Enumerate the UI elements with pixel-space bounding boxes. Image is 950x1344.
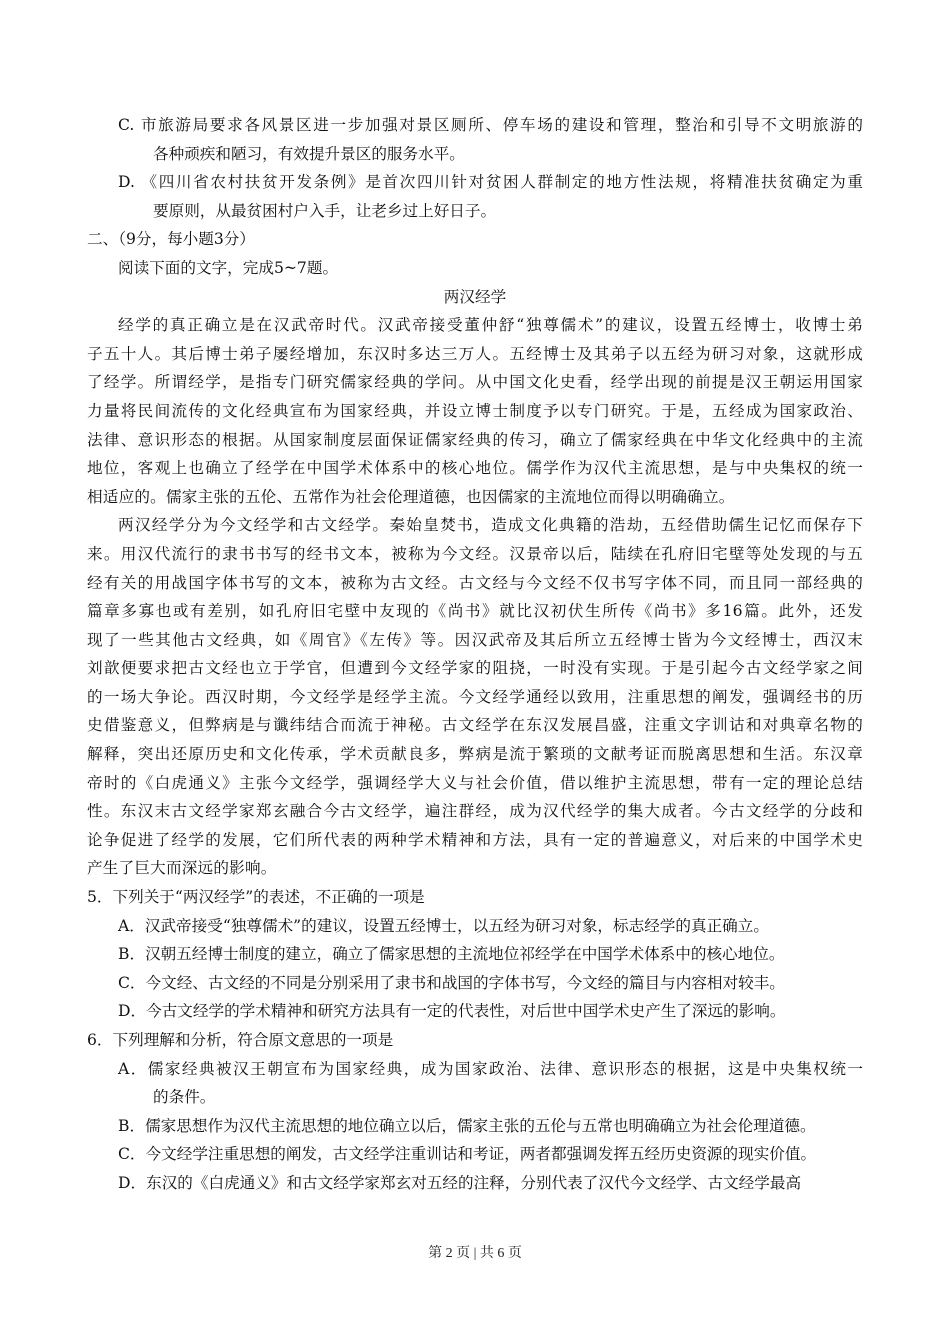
option-a: A．儒家经典被汉王朝宣布为国家经典，成为国家政治、法律、意识形态的根据，这是中央… <box>87 1055 863 1084</box>
option-a: A．汉武帝接受“独尊儒术”的建议，设置五经博士，以五经为研习对象，标志经学的真正… <box>87 912 863 941</box>
section-instruction: 阅读下面的文字，完成5~7题。 <box>87 254 863 283</box>
option-c: C．今文经、古文经的不同是分别采用了隶书和战国的字体书写，今文经的篇目与内容相对… <box>87 969 863 998</box>
section-heading: 二、（9分，每小题3分） <box>87 225 863 254</box>
question-stem: 5．下列关于“两汉经学”的表述，不正确的一项是 <box>87 883 863 912</box>
option-letter: D. <box>118 173 135 191</box>
question-6: 6．下列理解和分析，符合原文意思的一项是 A．儒家经典被汉王朝宣布为国家经典，成… <box>87 1026 863 1198</box>
question-5: 5．下列关于“两汉经学”的表述，不正确的一项是 A．汉武帝接受“独尊儒术”的建议… <box>87 883 863 1026</box>
article-title: 两汉经学 <box>87 283 863 312</box>
option-c: C．今文经学注重思想的阐发，古文经学注重训诂和考证，两者都强调发挥五经历史资源的… <box>87 1140 863 1169</box>
option-d: D．今古文经学的学术精神和研究方法具有一定的代表性，对后世中国学术史产生了深远的… <box>87 997 863 1026</box>
article-paragraph-2: 两汉经学分为今文经学和古文经学。秦始皇焚书，造成文化典籍的浩劫，五经借助儒生记忆… <box>87 511 863 883</box>
option-d: D．东汉的《白虎通义》和古文经学家郑玄对五经的注释，分别代表了汉代今文经学、古文… <box>87 1169 863 1198</box>
page-footer: 第 2 页 | 共 6 页 <box>0 1242 950 1262</box>
option-line: D. 《四川省农村扶贫开发条例》是首次四川针对贫困人群制定的地方性法规，将精准扶… <box>87 168 863 197</box>
option-line: 要原则，从最贫困村户入手，让老乡过上好日子。 <box>87 197 863 226</box>
option-b: B．儒家思想作为汉代主流思想的地位确立以后，儒家主张的五伦与五常也明确确立为社会… <box>87 1112 863 1141</box>
question-stem: 6．下列理解和分析，符合原文意思的一项是 <box>87 1026 863 1055</box>
option-letter: C. <box>118 116 134 134</box>
prev-option-c: C. 市旅游局要求各风景区进一步加强对景区厕所、停车场的建设和管理，整治和引导不… <box>87 111 863 168</box>
prev-option-d: D. 《四川省农村扶贫开发条例》是首次四川针对贫困人群制定的地方性法规，将精准扶… <box>87 168 863 225</box>
option-line: 的条件。 <box>87 1083 863 1112</box>
article-paragraph-1: 经学的真正确立是在汉武帝时代。汉武帝接受董仲舒“独尊儒术”的建议，设置五经博士，… <box>87 311 863 511</box>
document-page: C. 市旅游局要求各风景区进一步加强对景区厕所、停车场的建设和管理，整治和引导不… <box>87 111 863 1198</box>
option-b: B．汉朝五经博士制度的建立，确立了儒家思想的主流地位祁经学在中国学术体系中的核心… <box>87 940 863 969</box>
option-line: 各种顽疾和陋习，有效提升景区的服务水平。 <box>87 140 863 169</box>
option-line: C. 市旅游局要求各风景区进一步加强对景区厕所、停车场的建设和管理，整治和引导不… <box>87 111 863 140</box>
